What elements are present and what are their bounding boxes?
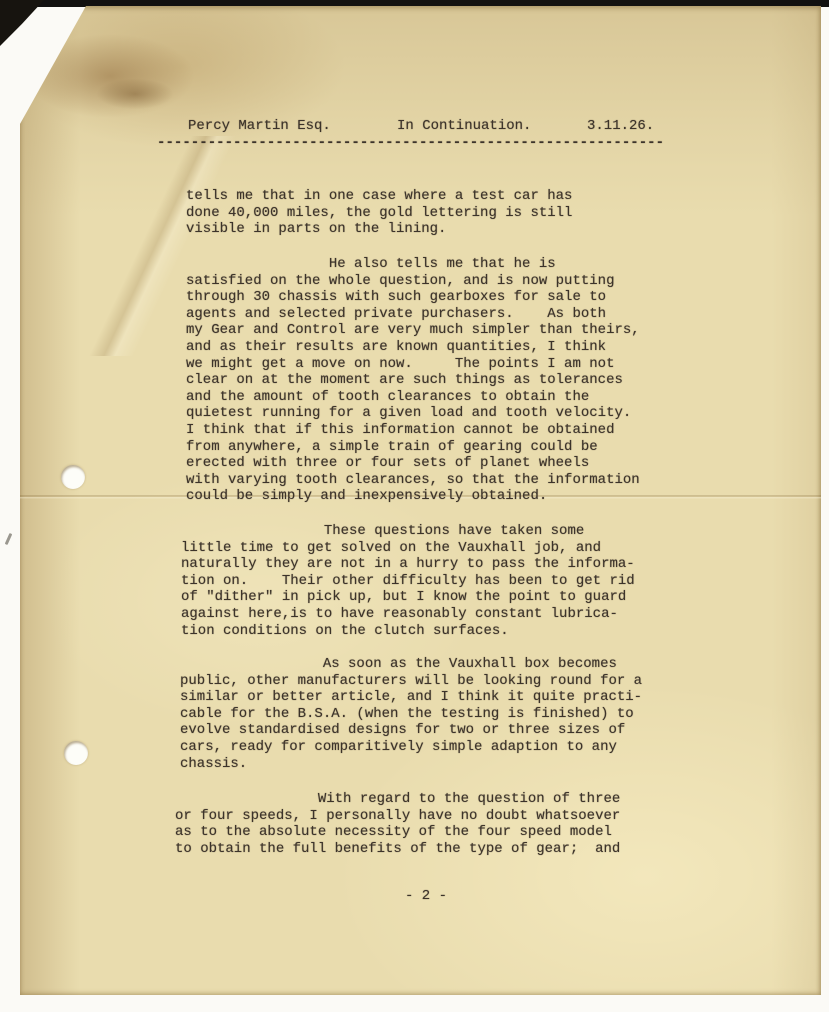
header-addressee: Percy Martin Esq. bbox=[188, 118, 331, 135]
letter-paper: Percy Martin Esq. In Continuation. 3.11.… bbox=[20, 6, 821, 995]
paragraph-1: tells me that in one case where a test c… bbox=[186, 188, 572, 238]
scan-border-corner bbox=[0, 0, 44, 46]
scan-border-top bbox=[0, 0, 829, 7]
scan-artifact-speck bbox=[5, 533, 13, 545]
header-underline: ----------------------------------------… bbox=[157, 135, 664, 152]
page-number: - 2 - bbox=[405, 888, 447, 905]
scanned-letter: Percy Martin Esq. In Continuation. 3.11.… bbox=[0, 0, 829, 1012]
header-date: 3.11.26. bbox=[587, 118, 654, 135]
paragraph-2: He also tells me that he is satisfied on… bbox=[186, 256, 640, 505]
paragraph-4: As soon as the Vauxhall box becomes publ… bbox=[180, 656, 642, 772]
punch-hole-bottom bbox=[64, 741, 88, 765]
header-subject: In Continuation. bbox=[397, 118, 531, 135]
paragraph-3: These questions have taken some little t… bbox=[181, 523, 635, 639]
paragraph-5: With regard to the question of three or … bbox=[175, 791, 620, 857]
letter-header: Percy Martin Esq. In Continuation. 3.11.… bbox=[188, 118, 668, 136]
punch-hole-top bbox=[61, 465, 85, 489]
